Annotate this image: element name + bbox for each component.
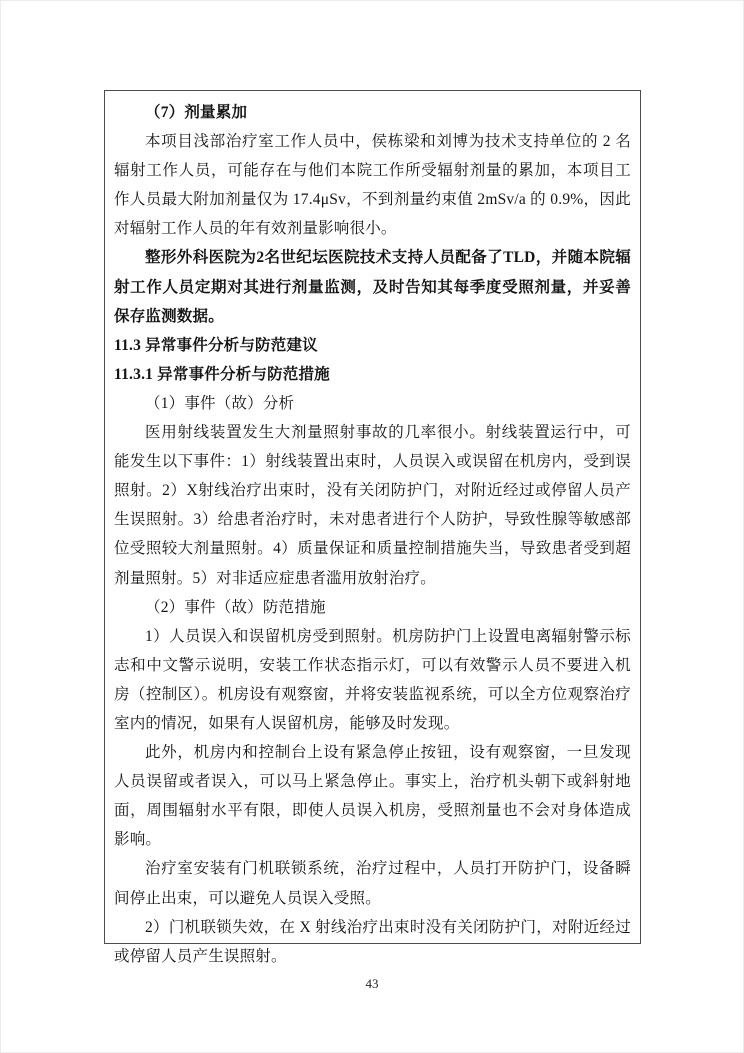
- document-page: { "page": { "number": "43" }, "content":…: [0, 0, 744, 1053]
- paragraph-prevention-warning-signs: 1）人员误入和误留机房受到照射。机房防护门上设置电离辐射警示标志和中文警示说明，…: [114, 622, 631, 738]
- heading-section-11-3: 11.3 异常事件分析与防范建议: [114, 331, 631, 360]
- heading-section-11-3-1: 11.3.1 异常事件分析与防范措施: [114, 360, 631, 389]
- paragraph-emergency-stop: 此外，机房内和控制台上设有紧急停止按钮，设有观察窗，一旦发现人员误留或者误入，可…: [114, 738, 631, 854]
- paragraph-event-analysis: 医用射线装置发生大剂量照射事故的几率很小。射线装置运行中，可能发生以下事件：1）…: [114, 418, 631, 593]
- paragraph-door-interlock: 治疗室安装有门机联锁系统，治疗过程中，人员打开防护门，设备瞬间停止出束，可以避免…: [114, 854, 631, 912]
- heading-dose-accumulation: （7）剂量累加: [114, 98, 631, 127]
- paragraph-tld-monitoring: 整形外科医院为2名世纪坛医院技术支持人员配备了TLD，并随本院辐射工作人员定期对…: [114, 243, 631, 330]
- paragraph-interlock-failure: 2）门机联锁失效，在 X 射线治疗出束时没有关闭防护门，对附近经过或停留人员产生…: [114, 913, 631, 971]
- paragraph-dose-accumulation: 本项目浅部治疗室工作人员中，侯栋梁和刘博为技术支持单位的 2 名辐射工作人员，可…: [114, 127, 631, 243]
- report-text-cell: （7）剂量累加 本项目浅部治疗室工作人员中，侯栋梁和刘博为技术支持单位的 2 名…: [104, 90, 641, 944]
- page-number: 43: [0, 976, 744, 992]
- heading-event-analysis: （1）事件（故）分析: [114, 389, 631, 418]
- heading-prevention-measures: （2）事件（故）防范措施: [114, 593, 631, 622]
